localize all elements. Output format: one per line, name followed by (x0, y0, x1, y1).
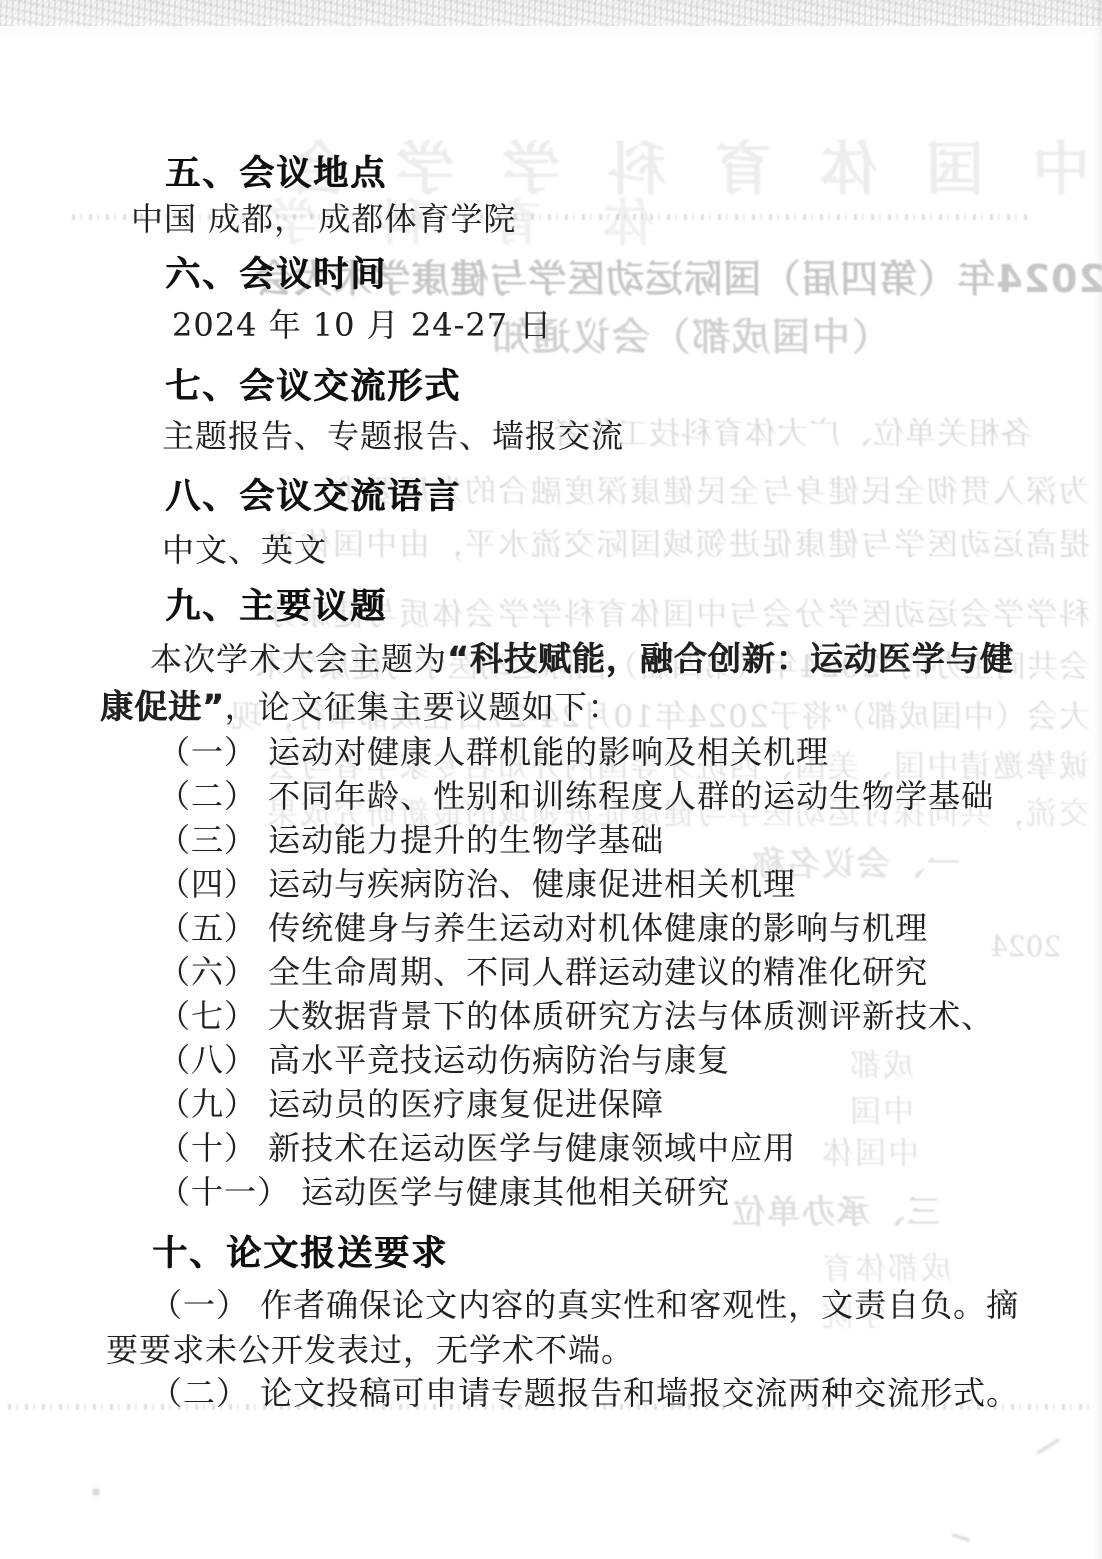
topic-list: （一） 运动对健康人群机能的影响及相关机理 （二） 不同年龄、性别和训练程度人群… (158, 730, 994, 1214)
section-5-heading: 五、会议地点 (165, 146, 387, 196)
section-8-body: 中文、英文 (162, 525, 327, 571)
scan-noise-fade (0, 0, 1102, 40)
bleed-fragment-2024: 2024 (990, 930, 1061, 963)
topic-item: （二） 不同年龄、性别和训练程度人群的运动生物学基础 (158, 774, 994, 818)
topic-item: （一） 运动对健康人群机能的影响及相关机理 (158, 730, 994, 774)
section-9-intro-line2: 康促进”，论文征集主要议题如下： (100, 681, 621, 728)
section-7-body: 主题报告、专题报告、墙报交流 (162, 411, 624, 457)
topic-item: （七） 大数据背景下的体质研究方法与体质测评新技术、 (158, 994, 994, 1038)
section-10-item1-line1: （一） 作者确保论文内容的真实性和客观性，文责自负。摘 (150, 1280, 1019, 1326)
section-10-item2: （二） 论文投稿可申请专题报告和墙报交流两种交流形式。 (150, 1368, 1019, 1414)
scanned-document-page: 中国体育科学学会 体育科学 2024年（第四届）国际运动医学与健康学术大会 （中… (0, 0, 1102, 1559)
section-5-body: 中国 成都， 成都体育学院 (131, 194, 516, 240)
section-8-heading: 八、会议交流语言 (165, 469, 461, 519)
scan-smudge (1036, 1438, 1060, 1454)
section-9-heading: 九、主要议题 (165, 579, 387, 629)
page-edge-shadow (1094, 0, 1102, 1559)
conference-theme-bold: “科技赋能，融合创新：运动医学与健 (447, 639, 1014, 678)
topic-item: （八） 高水平竞技运动伤病防治与康复 (158, 1038, 994, 1082)
scan-smudge (952, 1533, 970, 1541)
section-7-heading: 七、会议交流形式 (165, 359, 461, 409)
topic-item: （五） 传统健身与养生运动对机体健康的影响与机理 (158, 906, 994, 950)
section-9-intro-line1: 本次学术大会主题为“科技赋能，融合创新：运动医学与健 (150, 633, 1014, 680)
section-6-heading: 六、会议时间 (165, 247, 387, 297)
topic-item: （十） 新技术在运动医学与健康领域中应用 (158, 1126, 994, 1170)
section-10-item1-line2: 要要求未公开发表过，无学术不端。 (106, 1325, 634, 1371)
topic-item: （三） 运动能力提升的生物学基础 (158, 818, 994, 862)
section-6-body: 2024 年 10 月 24-27 日 (172, 300, 552, 346)
topic-item: （十一） 运动医学与健康其他相关研究 (158, 1170, 994, 1214)
topic-item: （六） 全生命周期、不同人群运动建议的精准化研究 (158, 950, 994, 994)
section-10-heading: 十、论文报送要求 (152, 1226, 448, 1276)
conference-theme-bold: 康促进” (100, 687, 225, 726)
topic-item: （九） 运动员的医疗康复促进保障 (158, 1082, 994, 1126)
scan-smudge (92, 1488, 100, 1496)
topic-item: （四） 运动与疾病防治、健康促进相关机理 (158, 862, 994, 906)
intro-regular-text: ，论文征集主要议题如下： (225, 688, 621, 726)
intro-regular-text: 本次学术大会主题为 (150, 640, 447, 678)
bleed-title-line1: 2024年（第四届）国际运动医学与健康学术大会 (290, 248, 1102, 303)
